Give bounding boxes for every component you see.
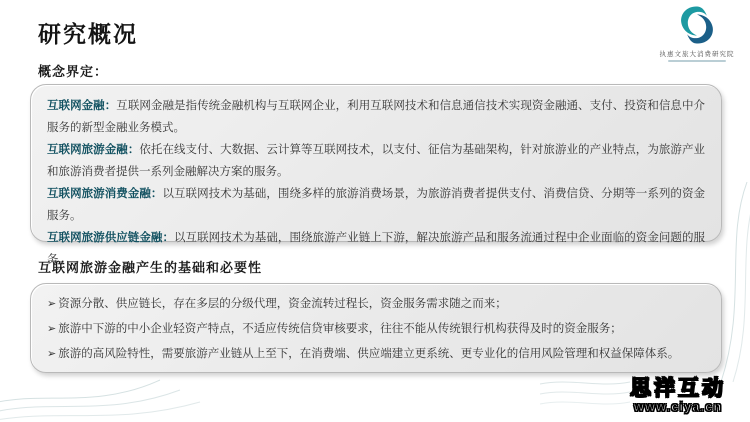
term-colon: ： — [151, 188, 163, 200]
necessity-box: ➢资源分散、供应链长，存在多层的分级代理，资金流转过程长，资金服务需求随之而来；… — [30, 283, 722, 373]
brand-watermark: 思洋互动 www.ciya.cn — [630, 378, 726, 414]
bullet-text: 资源分散、供应链长，存在多层的分级代理，资金流转过程长，资金服务需求随之而来； — [58, 298, 507, 310]
definition-item: 互联网金融：互联网金融是指传统金融机构与互联网企业，利用互联网技术和信息通信技术… — [47, 95, 705, 139]
necessity-heading: 互联网旅游金融产生的基础和必要性 — [38, 257, 262, 276]
term-colon: ： — [105, 100, 117, 112]
institute-logo: 执惠文旅大消费研究院 — [658, 4, 736, 62]
arrow-bullet-icon: ➢ — [47, 298, 56, 310]
logo-org-name: 执惠文旅大消费研究院 — [658, 49, 736, 58]
arrow-bullet-icon: ➢ — [47, 323, 56, 335]
definition-text: 依托在线支付、大数据、云计算等互联网技术，以支付、征信为基础架构，针对旅游业的产… — [47, 144, 705, 178]
presentation-slide: 研究概况 执惠文旅大消费研究院 概念界定： 互联网金融：互联网金融是指传统金融机… — [0, 0, 750, 422]
concept-heading: 概念界定： — [38, 61, 108, 80]
bullet-item: ➢旅游中下游的中小企业轻资产特点，不适应传统信贷审核要求，往往不能从传统银行机构… — [47, 317, 705, 342]
term-colon: ： — [162, 232, 174, 244]
bullet-text: 旅游的高风险特性，需要旅游产业链从上至下，在消费端、供应端建立更系统、更专业化的… — [58, 348, 679, 360]
definition-box: 互联网金融：互联网金融是指传统金融机构与互联网企业，利用互联网技术和信息通信技术… — [30, 84, 722, 242]
bullet-item: ➢旅游的高风险特性，需要旅游产业链从上至下，在消费端、供应端建立更系统、更专业化… — [47, 342, 705, 367]
logo-subline-decoration — [668, 60, 726, 62]
brand-name: 思洋互动 — [630, 378, 726, 400]
brand-url: www.ciya.cn — [630, 400, 726, 414]
bullet-text: 旅游中下游的中小企业轻资产特点，不适应传统信贷审核要求，往往不能从传统银行机构获… — [58, 323, 622, 335]
bullet-item: ➢资源分散、供应链长，存在多层的分级代理，资金流转过程长，资金服务需求随之而来； — [47, 292, 705, 317]
term-colon: ： — [128, 144, 140, 156]
term-label: 互联网金融 — [47, 100, 105, 112]
definition-text: 互联网金融是指传统金融机构与互联网企业，利用互联网技术和信息通信技术实现资金融通… — [47, 100, 705, 134]
page-title: 研究概况 — [38, 16, 138, 49]
term-label: 互联网旅游供应链金融 — [47, 232, 162, 244]
definition-item: 互联网旅游消费金融：以互联网技术为基础，围绕多样的旅游消费场景，为旅游消费者提供… — [47, 183, 705, 227]
swan-swirl-icon — [676, 4, 718, 46]
arrow-bullet-icon: ➢ — [47, 348, 56, 360]
definition-item: 互联网旅游金融：依托在线支付、大数据、云计算等互联网技术，以支付、征信为基础架构… — [47, 139, 705, 183]
swirl-decoration — [540, 376, 630, 410]
term-label: 互联网旅游消费金融 — [47, 188, 151, 200]
term-label: 互联网旅游金融 — [47, 144, 128, 156]
